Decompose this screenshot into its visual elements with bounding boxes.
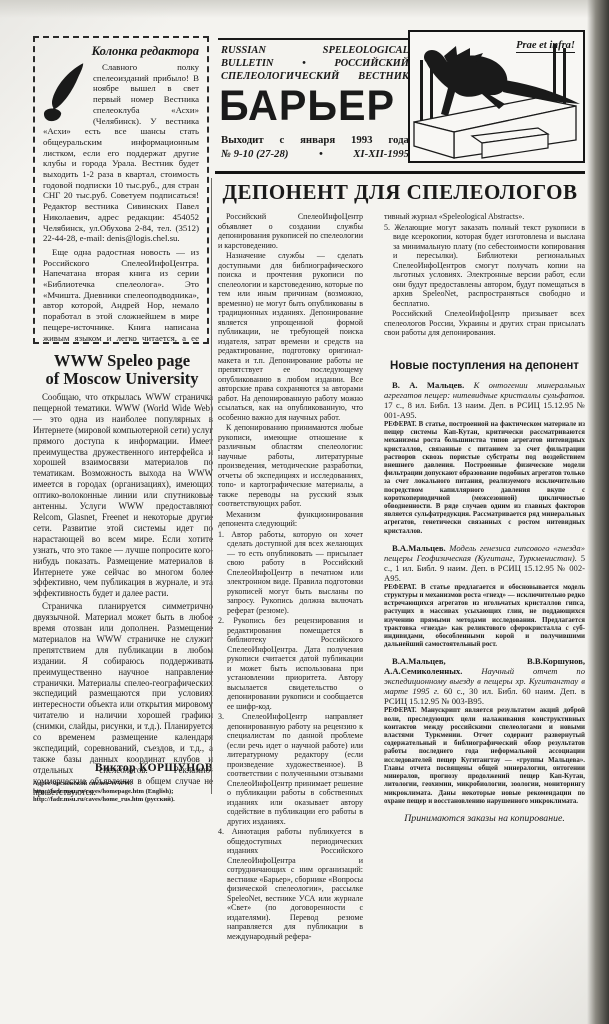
editor-column-box: Колонка редактора Славного полку спелеои… xyxy=(33,36,209,344)
issue-number: № 9-10 (27-28) xyxy=(221,147,288,161)
header-divider-rule xyxy=(215,171,585,174)
column-divider-rule xyxy=(211,178,212,794)
www-address-title: Адрес московской спелео-WWW: xyxy=(33,780,215,788)
issue-number-line: № 9-10 (27-28) • XI-XII-1995 xyxy=(221,147,409,161)
entry-abstract: РЕФЕРАТ. В статье предлагается и обоснов… xyxy=(384,584,585,650)
deposits-section-heading: Новые поступления на депонент xyxy=(384,360,585,372)
www-url-russian: http://fadr.msu.ru/caves/home_rus.htm (р… xyxy=(33,796,215,804)
www-url-english: http://fadr.msu.ru/caves/homepage.htm (E… xyxy=(33,788,215,796)
article-paragraph-continuation: тивный журнал «Speleological Abstracts». xyxy=(384,212,585,222)
article-paragraph: Назначение службы — сделать доступными д… xyxy=(218,251,363,422)
scan-right-edge-shadow xyxy=(587,0,609,1024)
article-list-item: 1. Автор работы, которую он хочет сделат… xyxy=(218,530,363,616)
entry-authors: В.А.Мальцев. xyxy=(392,543,446,553)
issue-date: XI-XII-1995 xyxy=(353,147,409,161)
illustration-caption: Prae et infra! xyxy=(516,40,575,53)
article-paragraph: Российский СпелеоИнфоЦентр призывает все… xyxy=(384,309,585,338)
deposits-list: В. А. Мальцев. К онтогении минеральных а… xyxy=(384,380,585,824)
copy-order-note: Принимаются заказы на копирование. xyxy=(384,813,585,824)
entry-authors: В. А. Мальцев. xyxy=(392,380,464,390)
masthead-illustration-frame: Prae et infra! xyxy=(408,30,585,163)
bullet-separator: • xyxy=(319,147,323,161)
article-title: ДЕПОНЕНТ ДЛЯ СПЕЛЕОЛОГОВ xyxy=(215,180,585,205)
scanned-newsletter-page: Колонка редактора Славного полку спелеои… xyxy=(0,0,609,1024)
article-column-2: тивный журнал «Speleological Abstracts».… xyxy=(384,212,585,339)
article-list-item: 5. Желающие могут заказать полный текст … xyxy=(384,223,585,309)
quill-and-inkwell-icon xyxy=(43,62,87,122)
deposit-entry: В.А.Мальцев, В.В.Коршунов, А.А.Семиколен… xyxy=(384,656,585,805)
www-address-block: Адрес московской спелео-WWW: http://fadr… xyxy=(33,780,215,805)
www-article-body: Сообщаю, что открылась WWW страничка пещ… xyxy=(33,392,213,800)
article-paragraph: К депонированию принимаются любые рукопи… xyxy=(218,423,363,509)
entry-abstract: РЕФЕРАТ. Манускрипт является результатом… xyxy=(384,707,585,805)
deposit-entry: В.А.Мальцев. Модель генезиса гипсового «… xyxy=(384,543,585,650)
editor-paragraph: Еще одна радостная новость — из Российск… xyxy=(43,247,199,344)
masthead-top-rule xyxy=(218,38,410,40)
article-paragraph: Механизм функционирования депонента след… xyxy=(218,510,363,529)
entry-meta: 17 с., 8 ил. Библ. 13 наим. Деп. в РСИЦ … xyxy=(384,400,585,420)
www-paragraph: Сообщаю, что открылась WWW страничка пещ… xyxy=(33,392,213,599)
entry-abstract: РЕФЕРАТ. В статье, построенной на фактич… xyxy=(384,421,585,536)
scan-top-shadow xyxy=(0,0,609,18)
newsletter-title: БАРЬЕР xyxy=(219,84,403,128)
issue-since-line: Выходит с января 1993 года xyxy=(221,133,409,147)
bullet-separator: • xyxy=(302,57,306,70)
article-column-1: Российский СпелеоИнфоЦентр объявляет о с… xyxy=(218,212,363,942)
article-list-item: 2. Рукопись без рецензирования и редакти… xyxy=(218,616,363,711)
article-list-item: 3. СпелеоИнфоЦентр направляет депонирова… xyxy=(218,712,363,826)
article-paragraph: Российский СпелеоИнфоЦентр объявляет о с… xyxy=(218,212,363,250)
masthead-subtitle: RUSSIAN SPELEOLOGICAL BULLETIN • РОССИЙС… xyxy=(221,44,409,83)
issue-datelines: Выходит с января 1993 года № 9-10 (27-28… xyxy=(221,133,409,161)
article-list-item: 4. Аннотация работы публикуется в общедо… xyxy=(218,827,363,941)
deposit-entry: В. А. Мальцев. К онтогении минеральных а… xyxy=(384,380,585,536)
editor-column-body: Славного полку спелеоизданий прибыло! В … xyxy=(43,62,199,344)
www-article-title: WWW Speleo page of Moscow University xyxy=(30,352,214,388)
author-signature: Виктор КОРШУНОВ xyxy=(33,762,213,774)
editor-column-title: Колонка редактора xyxy=(43,44,199,59)
